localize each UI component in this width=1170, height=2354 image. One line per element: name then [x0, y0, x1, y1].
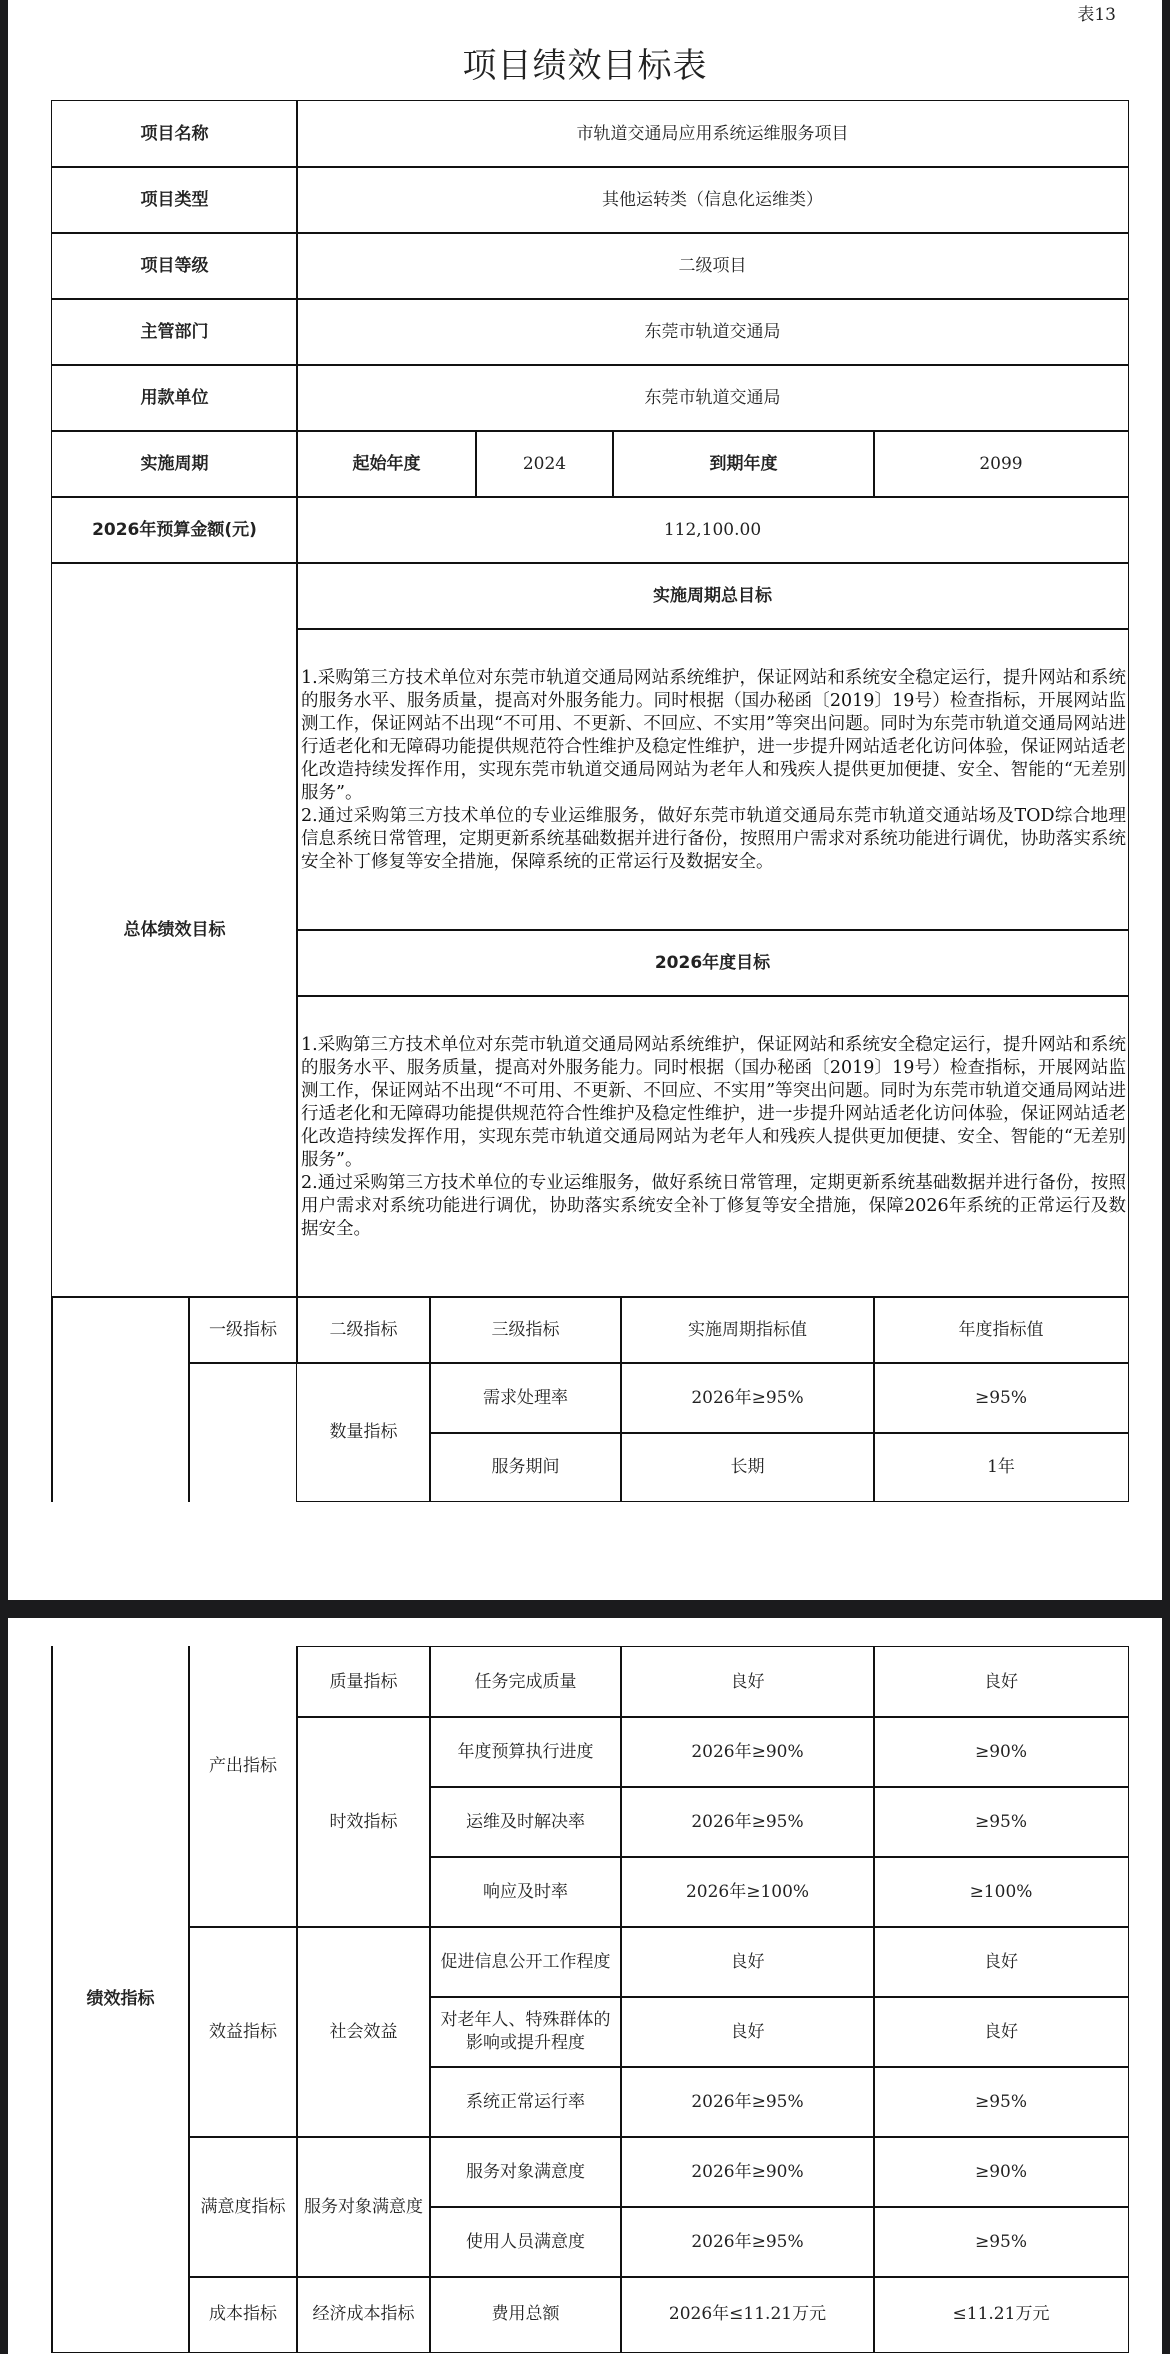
row-info-disclosure-annual: 良好 [873, 1926, 1129, 1998]
annual-goal-paragraph-2: 2.通过采购第三方技术单位的专业运维服务，做好系统日常管理，定期更新系统基础数据… [301, 1172, 1126, 1241]
period-goal-paragraph-1: 1.采购第三方技术单位对东莞市轨道交通局网站系统维护，保证网站和系统安全稳定运行… [301, 667, 1126, 805]
row-demand-rate-name: 需求处理率 [429, 1362, 622, 1434]
header-level2: 二级指标 [296, 1296, 431, 1364]
row-resolution-rate-annual: ≥95% [873, 1786, 1129, 1858]
table-number: 表13 [1077, 0, 1116, 25]
competent-dept-label: 主管部门 [51, 298, 298, 366]
row-client-satisfaction-annual: ≥90% [873, 2136, 1129, 2208]
level2-service-satisfaction: 服务对象满意度 [296, 2136, 431, 2278]
row-elderly-impact-period: 良好 [620, 1996, 875, 2068]
row-uptime-period: 2026年≥95% [620, 2066, 875, 2138]
row-response-rate-period: 2026年≥100% [620, 1856, 875, 1928]
level2-quantity: 数量指标 [296, 1362, 431, 1502]
row-demand-rate-period: 2026年≥95% [620, 1362, 875, 1434]
row-user-satisfaction-annual: ≥95% [873, 2206, 1129, 2278]
start-year-value: 2024 [475, 430, 614, 498]
header-period-value: 实施周期指标值 [620, 1296, 875, 1364]
row-budget-execution-name: 年度预算执行进度 [429, 1716, 622, 1788]
row-demand-rate-annual: ≥95% [873, 1362, 1129, 1434]
period-goal-paragraph-2: 2.通过采购第三方技术单位的专业运维服务，做好东莞市轨道交通局东莞市轨道交通站场… [301, 805, 1126, 874]
project-level-label: 项目等级 [51, 232, 298, 300]
level1-benefit: 效益指标 [188, 1926, 298, 2138]
level2-quality: 质量指标 [296, 1646, 431, 1718]
end-year-label: 到期年度 [612, 430, 875, 498]
row-task-quality-annual: 良好 [873, 1646, 1129, 1718]
period-label: 实施周期 [51, 430, 298, 498]
project-name-label: 项目名称 [51, 100, 298, 168]
competent-dept-value: 东莞市轨道交通局 [296, 298, 1129, 366]
level2-economic-cost: 经济成本指标 [296, 2276, 431, 2353]
level1-satisfaction: 满意度指标 [188, 2136, 298, 2278]
page-1: 表13 项目绩效目标表 项目名称 市轨道交通局应用系统运维服务项目 项目类型 其… [8, 0, 1162, 1600]
funding-unit-value: 东莞市轨道交通局 [296, 364, 1129, 432]
row-total-cost-annual: ≤11.21万元 [873, 2276, 1129, 2353]
row-budget-execution-period: 2026年≥90% [620, 1716, 875, 1788]
performance-indicators-label: 绩效指标 [51, 1646, 190, 2353]
divider [188, 1362, 298, 1364]
level1-output: 产出指标 [188, 1646, 298, 1928]
row-service-period-annual: 1年 [873, 1432, 1129, 1502]
project-name-value: 市轨道交通局应用系统运维服务项目 [296, 100, 1129, 168]
period-goal-text: 1.采购第三方技术单位对东莞市轨道交通局网站系统维护，保证网站和系统安全稳定运行… [296, 628, 1129, 931]
level2-timeliness: 时效指标 [296, 1716, 431, 1928]
end-year-value: 2099 [873, 430, 1129, 498]
header-annual-value: 年度指标值 [873, 1296, 1129, 1364]
row-resolution-rate-name: 运维及时解决率 [429, 1786, 622, 1858]
row-response-rate-name: 响应及时率 [429, 1856, 622, 1928]
funding-unit-label: 用款单位 [51, 364, 298, 432]
row-service-period-period: 长期 [620, 1432, 875, 1502]
row-total-cost-name: 费用总额 [429, 2276, 622, 2353]
start-year-label: 起始年度 [296, 430, 477, 498]
row-user-satisfaction-period: 2026年≥95% [620, 2206, 875, 2278]
row-elderly-impact-name: 对老年人、特殊群体的影响或提升程度 [429, 1996, 622, 2068]
row-info-disclosure-name: 促进信息公开工作程度 [429, 1926, 622, 1998]
header-level3: 三级指标 [429, 1296, 622, 1364]
project-level-value: 二级项目 [296, 232, 1129, 300]
annual-goal-paragraph-1: 1.采购第三方技术单位对东莞市轨道交通局网站系统维护，保证网站和系统安全稳定运行… [301, 1034, 1126, 1172]
row-uptime-annual: ≥95% [873, 2066, 1129, 2138]
annual-goal-text: 1.采购第三方技术单位对东莞市轨道交通局网站系统维护，保证网站和系统安全稳定运行… [296, 995, 1129, 1298]
budget-label: 2026年预算金额(元) [51, 496, 298, 564]
level2-social: 社会效益 [296, 1926, 431, 2138]
row-task-quality-period: 良好 [620, 1646, 875, 1718]
row-elderly-impact-annual: 良好 [873, 1996, 1129, 2068]
page-2: 绩效指标 产出指标 质量指标 任务完成质量 良好 良好 时效指标 年度预算执行进… [8, 1618, 1162, 2354]
row-client-satisfaction-name: 服务对象满意度 [429, 2136, 622, 2208]
budget-value: 112,100.00 [296, 496, 1129, 564]
row-uptime-name: 系统正常运行率 [429, 2066, 622, 2138]
row-resolution-rate-period: 2026年≥95% [620, 1786, 875, 1858]
project-type-value: 其他运转类（信息化运维类） [296, 166, 1129, 234]
project-type-label: 项目类型 [51, 166, 298, 234]
row-task-quality-name: 任务完成质量 [429, 1646, 622, 1718]
row-service-period-name: 服务期间 [429, 1432, 622, 1502]
indicator-left-border [51, 1296, 53, 1502]
row-info-disclosure-period: 良好 [620, 1926, 875, 1998]
period-goal-title: 实施周期总目标 [296, 562, 1129, 630]
header-level1: 一级指标 [188, 1296, 298, 1364]
overall-goals-label: 总体绩效目标 [51, 562, 298, 1298]
level1-cost: 成本指标 [188, 2276, 298, 2353]
row-user-satisfaction-name: 使用人员满意度 [429, 2206, 622, 2278]
row-client-satisfaction-period: 2026年≥90% [620, 2136, 875, 2208]
document-title: 项目绩效目标表 [8, 38, 1162, 87]
row-budget-execution-annual: ≥90% [873, 1716, 1129, 1788]
annual-goal-title: 2026年度目标 [296, 929, 1129, 997]
row-total-cost-period: 2026年≤11.21万元 [620, 2276, 875, 2353]
row-response-rate-annual: ≥100% [873, 1856, 1129, 1928]
